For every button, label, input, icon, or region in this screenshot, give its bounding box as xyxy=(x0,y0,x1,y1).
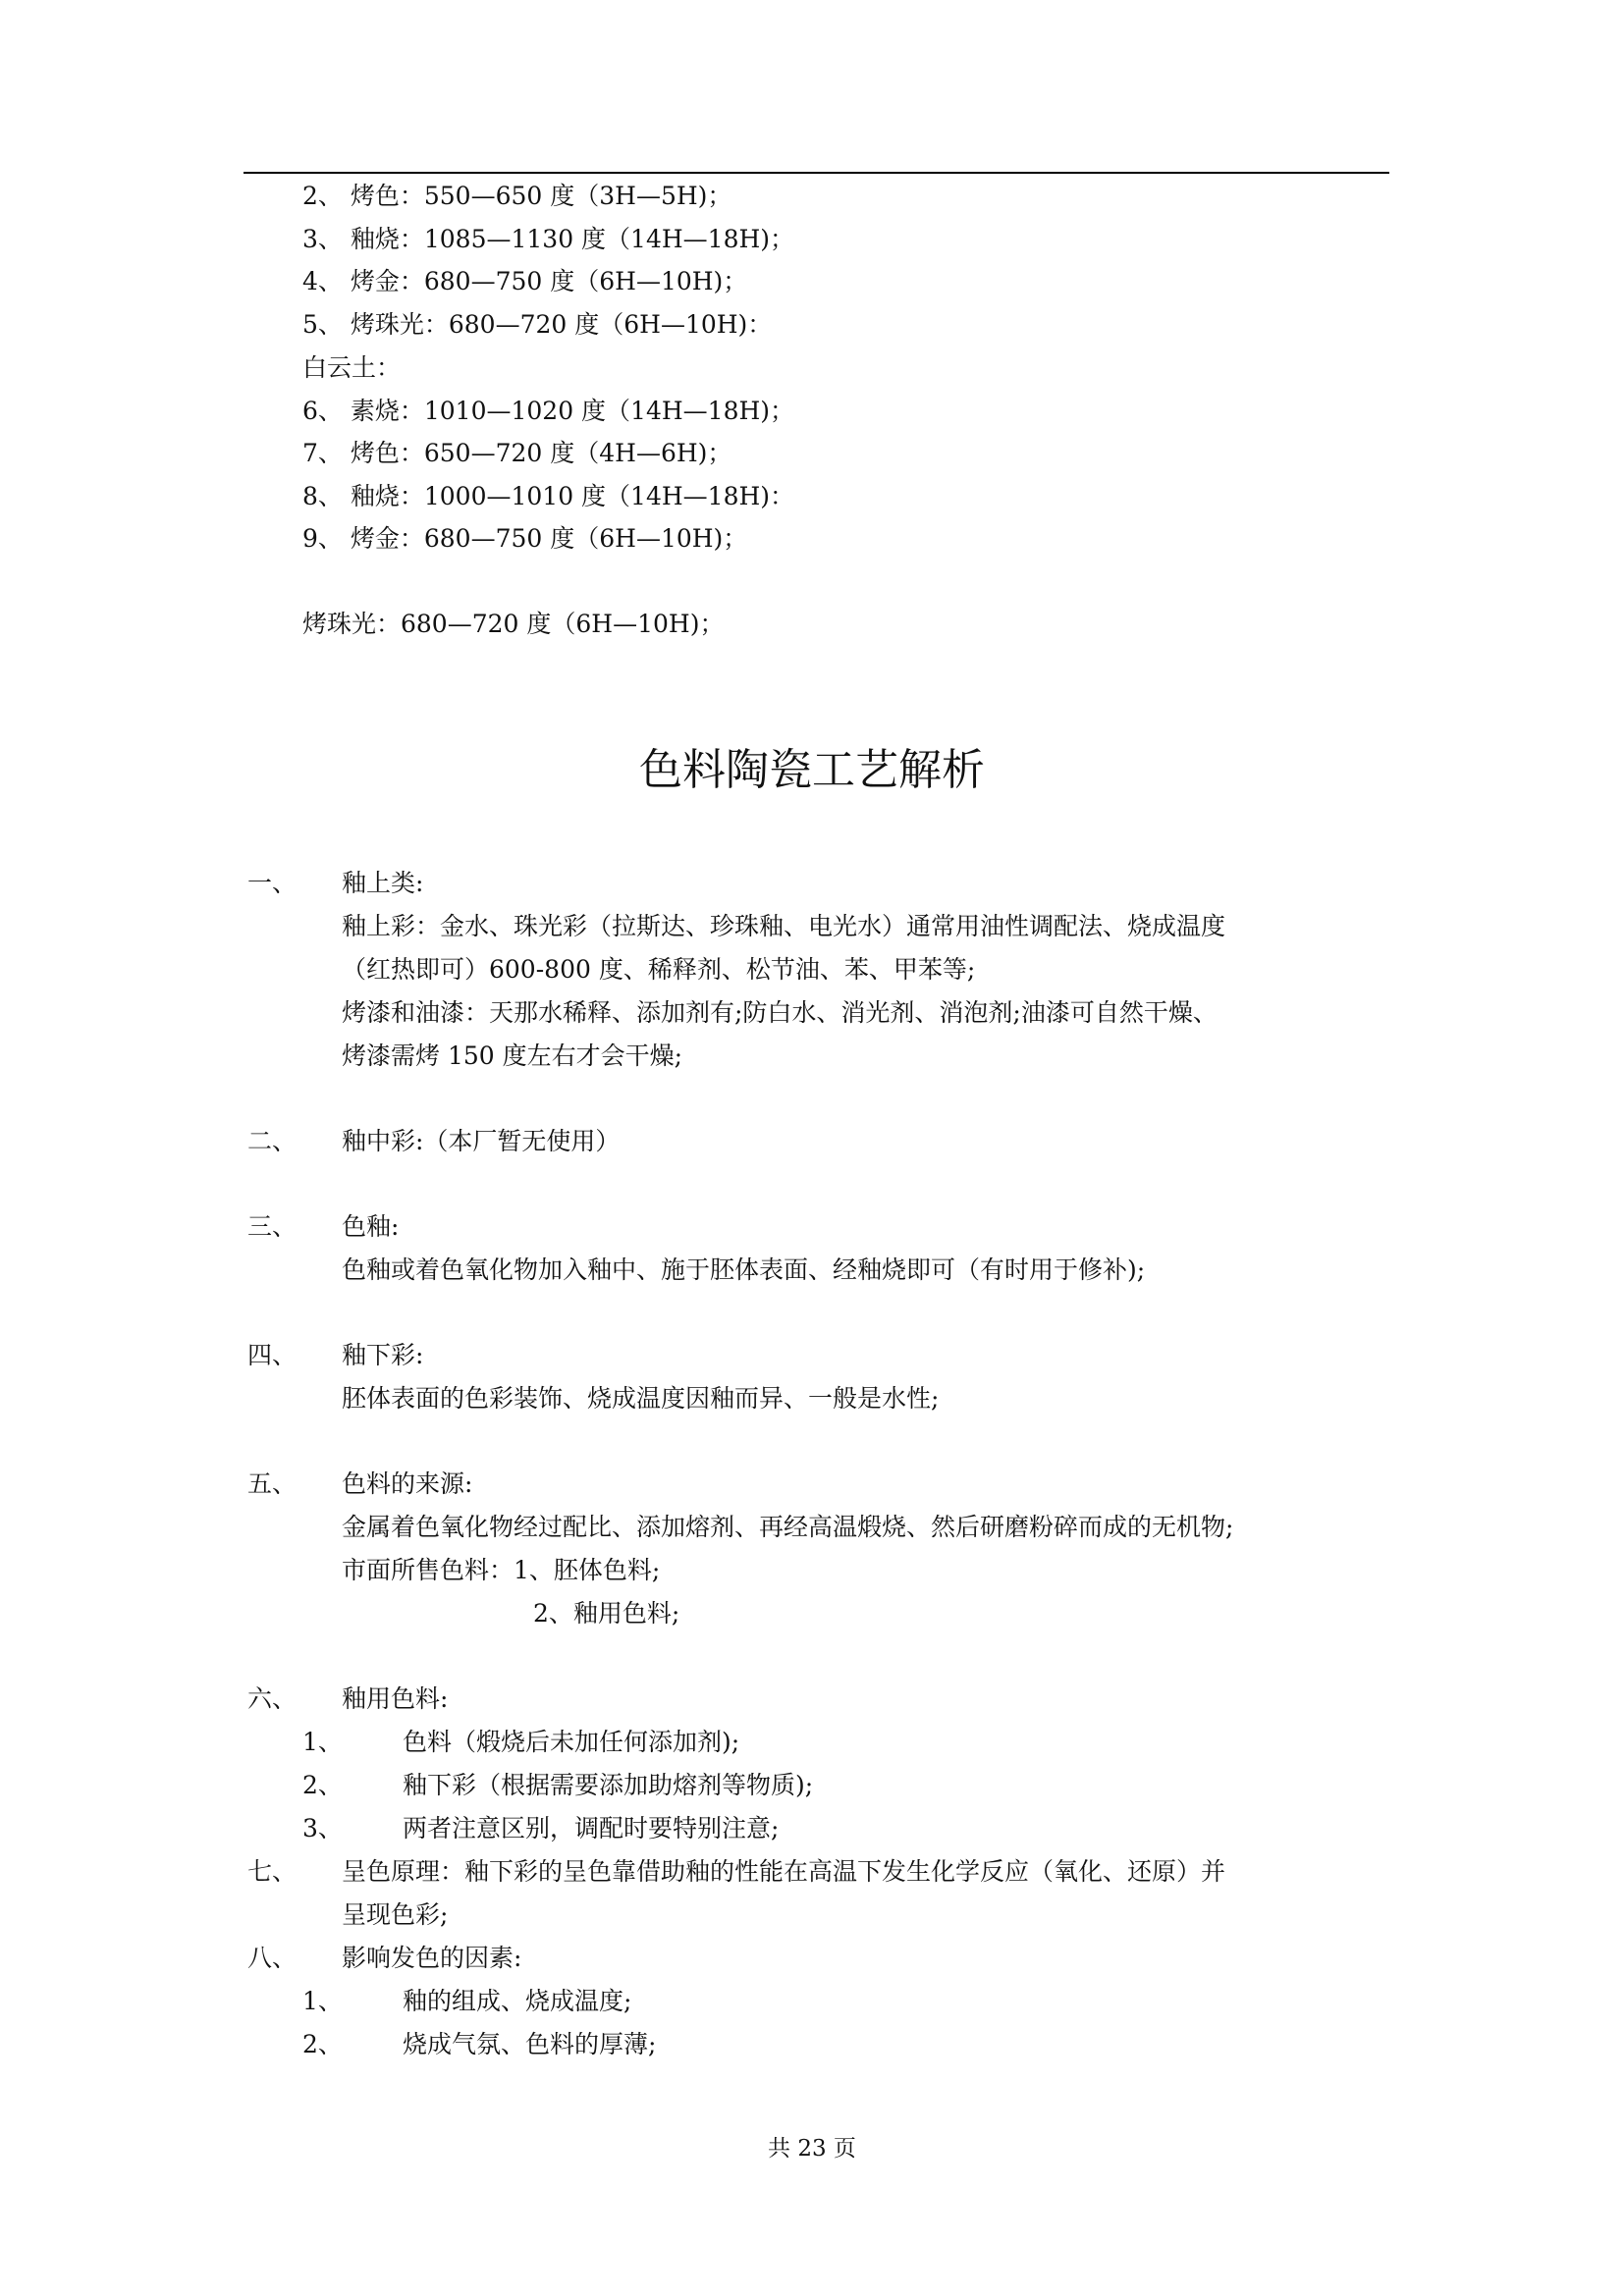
sub-number: 3、 xyxy=(302,1814,343,1843)
sub-number: 1、 xyxy=(302,1987,343,2016)
section-heading: 色料的来源: xyxy=(342,1469,472,1499)
sub-number: 2、 xyxy=(302,2030,343,2059)
sub-text: 烧成气氛、色料的厚薄; xyxy=(403,2030,656,2059)
section-number: 四、 xyxy=(247,1341,297,1370)
section-number: 八、 xyxy=(247,1944,297,1973)
firing-item: 8、 釉烧：1000—1010 度（14H—18H)： xyxy=(302,482,794,511)
section-number: 二、 xyxy=(247,1127,297,1156)
firing-item: 6、 素烧：1010—1020 度（14H—18H)； xyxy=(302,397,794,426)
section-number: 六、 xyxy=(247,1684,297,1714)
header-rule xyxy=(244,172,1389,174)
section-text: 胚体表面的色彩装饰、烧成温度因釉而异、一般是水性; xyxy=(342,1384,939,1414)
section-text: 2、釉用色料; xyxy=(533,1599,679,1629)
firing-item: 9、 烤金：680—750 度（6H—10H)； xyxy=(302,524,747,554)
section-text: 呈现色彩; xyxy=(342,1900,448,1930)
sub-text: 色料（煅烧后未加任何添加剂); xyxy=(403,1728,739,1757)
section-number: 一、 xyxy=(247,869,297,898)
sub-text: 釉的组成、烧成温度; xyxy=(403,1987,631,2016)
sub-number: 2、 xyxy=(302,1771,343,1800)
section-text: 釉上彩：金水、珠光彩（拉斯达、珍珠釉、电光水）通常用油性调配法、烧成温度 xyxy=(342,912,1225,941)
section-heading: 呈色原理：釉下彩的呈色靠借助釉的性能在高温下发生化学反应（氧化、还原）并 xyxy=(342,1857,1225,1887)
section-text: 烤漆和油漆：天那水稀释、添加剂有;防白水、消光剂、消泡剂;油漆可自然干燥、 xyxy=(342,998,1218,1028)
section-heading: 釉用色料: xyxy=(342,1684,448,1714)
clay-label: 白云土： xyxy=(302,353,401,383)
section-number: 五、 xyxy=(247,1469,297,1499)
sub-text: 釉下彩（根据需要添加助熔剂等物质); xyxy=(403,1771,813,1800)
sub-number: 1、 xyxy=(302,1728,343,1757)
firing-item: 2、 烤色：550—650 度（3H—5H)； xyxy=(302,182,731,211)
page-title: 色料陶瓷工艺解析 xyxy=(0,746,1624,795)
firing-item: 5、 烤珠光：680—720 度（6H—10H)： xyxy=(302,310,772,340)
firing-item: 7、 烤色：650—720 度（4H—6H)； xyxy=(302,439,731,468)
firing-item: 烤珠光：680—720 度（6H—10H)； xyxy=(302,610,724,639)
section-text: 市面所售色料：1、胚体色料; xyxy=(342,1556,660,1585)
section-number: 七、 xyxy=(247,1857,297,1887)
section-text: 色釉或着色氧化物加入釉中、施于胚体表面、经釉烧即可（有时用于修补); xyxy=(342,1255,1145,1285)
section-heading: 釉上类: xyxy=(342,869,423,898)
section-heading: 影响发色的因素: xyxy=(342,1944,521,1973)
section-text: 金属着色氧化物经过配比、添加熔剂、再经高温煅烧、然后研磨粉碎而成的无机物; xyxy=(342,1513,1233,1542)
section-heading: 釉下彩: xyxy=(342,1341,423,1370)
section-heading: 色釉: xyxy=(342,1212,399,1242)
section-text: （红热即可）600-800 度、稀释剂、松节油、苯、甲苯等; xyxy=(342,955,975,985)
firing-item: 4、 烤金：680—750 度（6H—10H)； xyxy=(302,267,747,296)
firing-item: 3、 釉烧：1085—1130 度（14H—18H)； xyxy=(302,225,794,254)
sub-text: 两者注意区别，调配时要特别注意; xyxy=(403,1814,779,1843)
section-text: 烤漆需烤 150 度左右才会干燥; xyxy=(342,1041,682,1071)
page-count-footer: 共 23 页 xyxy=(0,2130,1624,2163)
section-number: 三、 xyxy=(247,1212,297,1242)
section-heading: 釉中彩:（本厂暂无使用） xyxy=(342,1127,620,1156)
